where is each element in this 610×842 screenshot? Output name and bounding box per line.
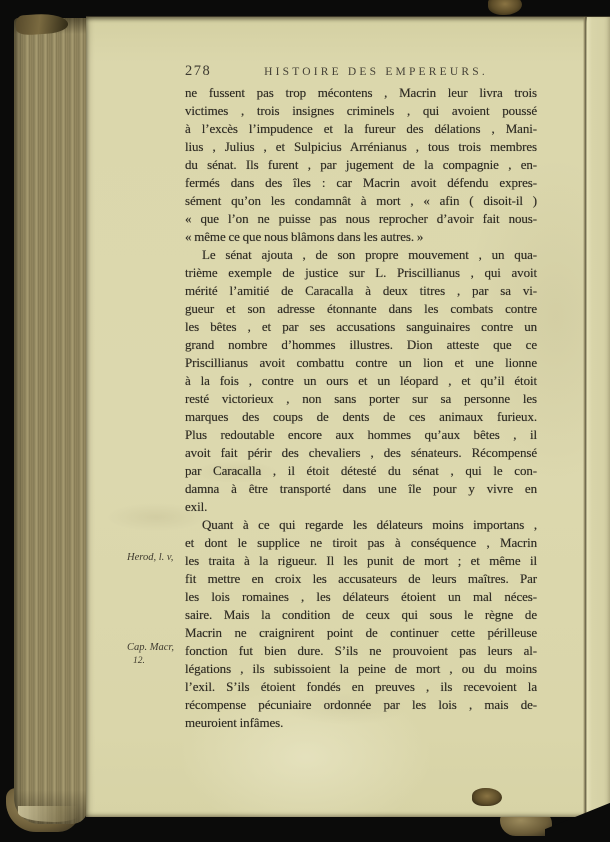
text-line: Plus redoutable encore aux hommes qu’aux… [185, 426, 537, 444]
text-line: les lois romaines , les délateurs étoien… [185, 588, 537, 606]
text-line: mérité l’amitié de Caracalla à deux titr… [185, 282, 537, 300]
text-line: fonction fut bien dure. S’ils ne prouvoi… [185, 642, 537, 660]
gutter-knot-top [488, 0, 522, 15]
text-line: du sénat. Ils furent , par jugement de l… [185, 156, 537, 174]
book-page: 278 HISTOIRE DES EMPEREURS. ne fussent p… [86, 16, 610, 817]
text-line: meuroient infâmes. [185, 714, 537, 732]
text-line: « que l’on ne puisse pas nous reprocher … [185, 210, 537, 228]
page-header: 278 HISTOIRE DES EMPEREURS. [185, 63, 537, 83]
text-line: et dont le supplice ne tiroit pas à cons… [185, 534, 537, 552]
text-line: fermés dans des îles : car Macrin avoit … [185, 174, 537, 192]
text-line: par Caracalla , il étoit détesté du séna… [185, 462, 537, 480]
margin-note: Herod, l. v, [127, 551, 184, 565]
text-line: avoit fait périr des chevaliers , des sé… [185, 444, 537, 462]
text-line: l’exil. S’ils étoient fondés en preuves … [185, 678, 537, 696]
text-line: Quant à ce qui regarde les délateurs moi… [185, 516, 537, 534]
scanned-book-page: 278 HISTOIRE DES EMPEREURS. ne fussent p… [0, 0, 610, 842]
text-line: marques des coups de dents de ces animau… [185, 408, 537, 426]
fore-edge-page-stack [14, 18, 88, 824]
margin-note-line: Herod, l. v, [127, 551, 184, 565]
text-line: victimes , trois insignes criminels , qu… [185, 102, 537, 120]
text-block: ne fussent pas trop mécontens , Macrin l… [185, 84, 537, 732]
text-line: exil. [185, 498, 537, 516]
text-line: à l’excès l’impudence et la fureur des d… [185, 120, 537, 138]
running-title: HISTOIRE DES EMPEREURS. [215, 66, 537, 78]
text-line: damna à être transporté dans une île pou… [185, 480, 537, 498]
text-line: ne fussent pas trop mécontens , Macrin l… [185, 84, 537, 102]
text-line: resté victorieux , non sans porter sur s… [185, 390, 537, 408]
page-number: 278 [185, 63, 211, 80]
text-line: trième exemple de justice sur L. Priscil… [185, 264, 537, 282]
text-line: grand nombre d’hommes illustres. Dion at… [185, 336, 537, 354]
text-line: Le sénat ajouta , de son propre mouvemen… [185, 246, 537, 264]
text-line: légations , ils subissoient la peine de … [185, 660, 537, 678]
text-line: les bêtes , et par ses accusations sangu… [185, 318, 537, 336]
text-line: « même ce que nous blâmons dans les autr… [185, 228, 537, 246]
margin-note-line: Cap. Macr, [127, 641, 184, 655]
text-line: saire. Mais la condition de ceux qui sou… [185, 606, 537, 624]
text-line: fit mettre en croix les accusateurs de l… [185, 570, 537, 588]
text-line: Macrin ne craignirent point de continuer… [185, 624, 537, 642]
facing-page-strip [587, 17, 610, 817]
text-line: à la fois , contre un ours et un léopard… [185, 372, 537, 390]
text-line: récompense pécuniaire ordonnée par les l… [185, 696, 537, 714]
text-line: gueur et son adresse étonnante dans les … [185, 300, 537, 318]
text-line: sément qu’on les condamnât à mort , « af… [185, 192, 537, 210]
text-line: les traita à la rigueur. Il les punit de… [185, 552, 537, 570]
text-line: lius , Julius , et Sulpicius Arrénianus … [185, 138, 537, 156]
margin-note: Cap. Macr,12. [127, 641, 184, 668]
text-line: Priscillianus avoit combattu contre un l… [185, 354, 537, 372]
gutter-knot-bottom [472, 788, 502, 806]
margin-note-line: 12. [127, 655, 184, 669]
